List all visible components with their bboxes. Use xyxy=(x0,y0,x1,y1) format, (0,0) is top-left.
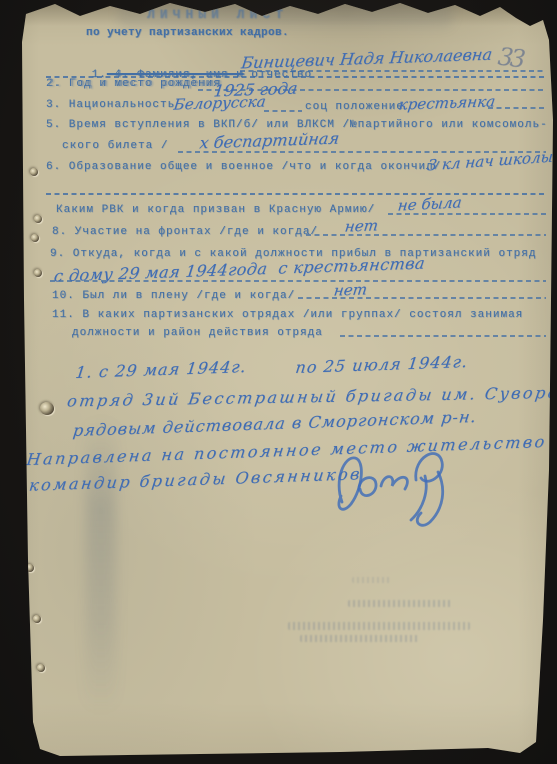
punch-hole xyxy=(30,168,38,176)
punch-hole xyxy=(31,234,39,242)
fill-line xyxy=(50,280,546,282)
punch-hole xyxy=(33,615,41,623)
field-5-label-line2: ского билета / xyxy=(62,140,168,152)
handwritten-unit: отряд 3ий Бесстрашный бригады им. Суворо… xyxy=(66,383,557,411)
signature-flourish xyxy=(328,442,468,532)
bleed-through-text xyxy=(288,622,470,630)
field-8-value: нет xyxy=(344,216,379,235)
punch-hole xyxy=(26,564,34,572)
field-11-label-line1: 11. В каких партизанских отрядах /или гр… xyxy=(52,309,523,321)
paper-damage-hole xyxy=(40,402,54,415)
field-7-label: Каким РВК и когда призван в Красную Арми… xyxy=(56,204,375,216)
handwritten-signed-by: командир бригады Овсянников xyxy=(28,464,363,495)
field-3b-value: крестьянка xyxy=(398,92,497,113)
handwritten-period-from: 1. с 29 мая 1944г. xyxy=(74,357,247,382)
punch-hole xyxy=(34,215,42,223)
form-subtitle: по учету партизанских кадров. xyxy=(86,27,289,39)
field-2-label: 2. Год и место рождения xyxy=(46,78,221,90)
field-3b-label: соц положение xyxy=(305,101,404,113)
fill-line xyxy=(264,110,302,112)
section-divider-line xyxy=(46,193,546,195)
form-title: ЛИЧНЫЙ ЛИСТ xyxy=(147,7,288,22)
punch-hole xyxy=(34,269,42,277)
document-paper: ЛИЧНЫЙ ЛИСТ по учету партизанских кадров… xyxy=(0,0,557,764)
field-1-value: Биницевич Надя Николаевна xyxy=(240,45,493,73)
bleed-through-text xyxy=(352,577,392,583)
field-7-value: не была xyxy=(397,193,463,214)
fill-line xyxy=(488,107,545,109)
handwritten-role: рядовым действовала в Сморгонском р-н. xyxy=(72,407,478,440)
handwritten-period-to: по 25 июля 1944г. xyxy=(294,352,469,377)
fill-line xyxy=(240,70,546,72)
field-11-label-line2: должности и район действия отряда xyxy=(72,327,323,339)
field-3-label: 3. Национальность xyxy=(46,99,175,111)
fill-line xyxy=(388,213,546,215)
field-8-label: 8. Участие на фронтах /где и когда/ xyxy=(52,226,318,238)
field-10-label: 10. Был ли в плену /где и когда/ xyxy=(52,290,295,302)
bleed-through-text xyxy=(300,635,418,642)
scan-background: ЛИЧНЫЙ ЛИСТ по учету партизанских кадров… xyxy=(0,0,557,764)
bleed-through-text xyxy=(348,600,453,607)
fill-line xyxy=(340,335,546,337)
punch-hole xyxy=(37,664,45,672)
field-5-value: х беспартийная xyxy=(198,129,340,153)
fill-line xyxy=(306,234,546,236)
page-number-pencil: 33 xyxy=(496,43,524,74)
fill-line xyxy=(298,297,546,299)
field-3-value: Белорусска xyxy=(173,92,267,113)
field-6-label: 6. Образование общее и военное /что и ко… xyxy=(46,161,441,173)
